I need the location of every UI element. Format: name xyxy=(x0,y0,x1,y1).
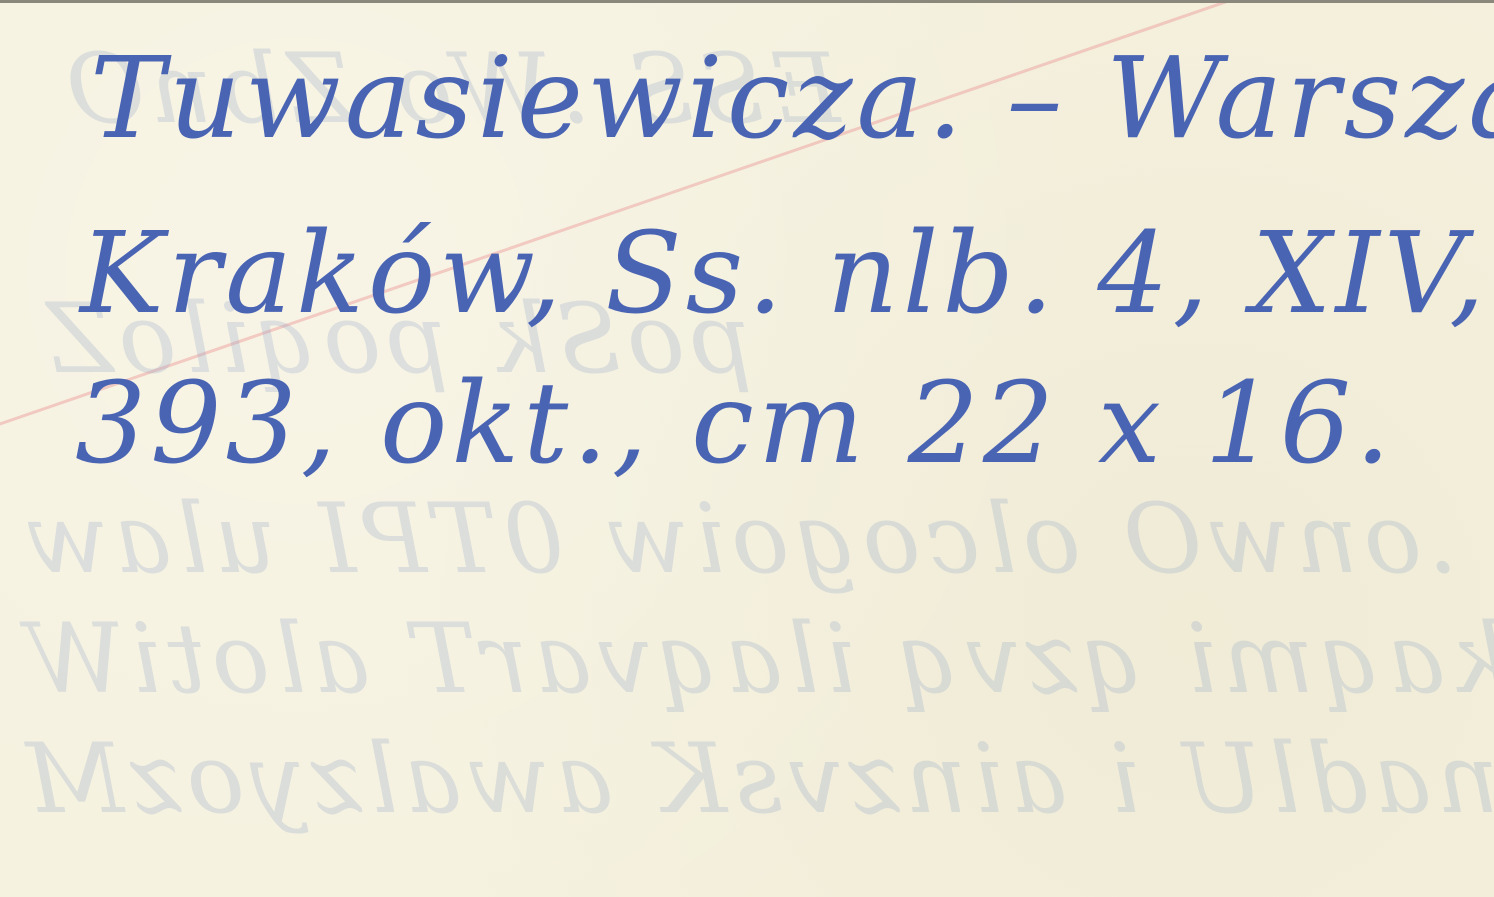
catalog-line-author-place: Tuwasiewicza. – Warszawa, xyxy=(90,43,1494,155)
catalog-line-format-size: 393, okt., cm 22 x 16. xyxy=(75,368,1395,480)
bleed-line: olzbolkaqmi qzvq ilaqvarT alotiW xyxy=(20,603,1494,715)
bleed-line: qnadlU i ainzvsK awalzyozM xyxy=(20,723,1494,835)
catalog-line-publication-pages: Kraków, Ss. nlb. 4, XIV, xyxy=(80,218,1489,330)
catalog-card: ESS.:Wo ZbnO poSk poqiloZ .onwO olcogoiw… xyxy=(0,0,1494,897)
bleed-line: .onwO olcogoiw 0TPI ulaw xyxy=(20,483,1458,595)
